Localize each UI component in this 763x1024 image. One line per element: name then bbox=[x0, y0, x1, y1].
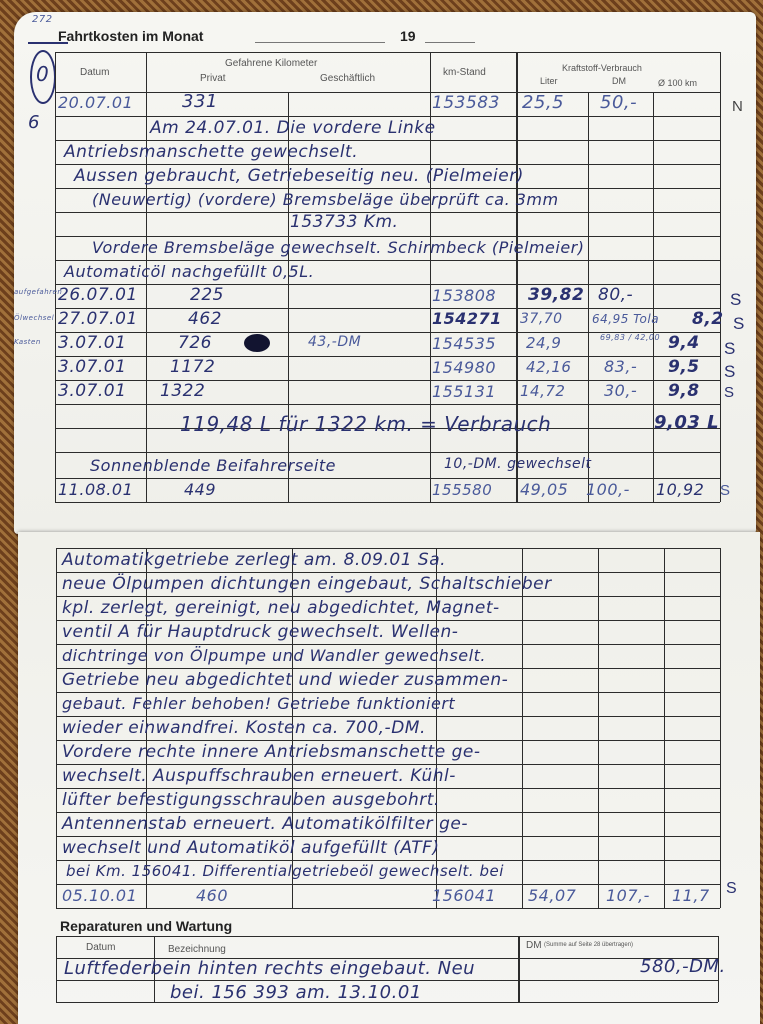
handwritten-cell: 1172 bbox=[170, 357, 215, 377]
col-gefahrene-km: Gefahrene Kilometer bbox=[225, 58, 317, 69]
handwritten-cell: gebaut. Fehler behoben! Getriebe funktio… bbox=[62, 694, 455, 713]
handwritten-cell: 14,72 bbox=[520, 382, 565, 400]
handwritten-cell: 26.07.01 bbox=[58, 285, 138, 305]
grid-line bbox=[516, 52, 517, 53]
handwritten-cell: 154535 bbox=[432, 334, 496, 353]
handwritten-cell: 64,95 Tola bbox=[592, 312, 659, 326]
handwritten-cell: bei Km. 156041. Differentialgetriebeöl g… bbox=[66, 862, 504, 880]
handwritten-cell: wechselt und Automatiköl aufgefüllt (ATF… bbox=[62, 838, 440, 858]
handwritten-cell: kpl. zerlegt, gereinigt, neu abgedichtet… bbox=[62, 598, 500, 618]
fuel-summary-value: 9,03 L bbox=[654, 412, 719, 433]
handwritten-cell: 80,- bbox=[598, 285, 633, 305]
handwritten-cell: 155131 bbox=[432, 382, 496, 401]
handwritten-cell: 3.07.01 bbox=[58, 333, 126, 353]
handwritten-cell: S bbox=[730, 290, 741, 310]
grid-line bbox=[55, 164, 720, 165]
handwritten-cell: 156041 bbox=[432, 886, 496, 905]
note-line: Vordere Bremsbeläge gewechselt. Schirmbe… bbox=[92, 238, 585, 257]
handwritten-cell: 153808 bbox=[432, 286, 496, 305]
handwritten-cell: 225 bbox=[190, 285, 224, 305]
grid-line bbox=[56, 596, 720, 597]
repairs-col-datum: Datum bbox=[86, 942, 115, 953]
grid-line bbox=[56, 644, 720, 645]
handwritten-cell: 154980 bbox=[432, 358, 496, 377]
grid-line bbox=[56, 936, 57, 1002]
col-privat: Privat bbox=[200, 73, 226, 84]
handwritten-cell: 726 bbox=[178, 333, 212, 353]
handwritten-cell: dichtringe von Ölpumpe und Wandler gewec… bbox=[62, 646, 486, 665]
handwritten-cell: wieder einwandfrei. Kosten ca. 700,-DM. bbox=[62, 718, 426, 738]
grid-line bbox=[56, 740, 720, 741]
handwritten-cell: 83,- bbox=[604, 357, 637, 376]
repairs-line: Luftfederbein hinten rechts eingebaut. N… bbox=[64, 958, 475, 979]
handwritten-cell: Automatikgetriebe zerlegt am. 8.09.01 Sa… bbox=[62, 550, 446, 570]
handwritten-cell: 20.07.01 bbox=[58, 93, 133, 112]
handwritten-cell: 69,83 / 42,00 bbox=[600, 333, 660, 342]
handwritten-cell: 155580 bbox=[432, 481, 492, 499]
margin-note-top: 272 bbox=[32, 14, 53, 25]
handwritten-cell: 462 bbox=[188, 309, 222, 329]
note-line: (Neuwertig) (vordere) Bremsbeläge überpr… bbox=[92, 190, 559, 209]
col-datum: Datum bbox=[80, 67, 109, 78]
handwritten-cell: S bbox=[724, 384, 734, 401]
grid-line bbox=[55, 404, 720, 405]
grid-line bbox=[56, 908, 720, 909]
handwritten-cell: 331 bbox=[182, 91, 218, 112]
grid-line bbox=[56, 980, 718, 981]
handwritten-cell: 39,82 bbox=[528, 285, 584, 305]
handwritten-cell: 153583 bbox=[432, 93, 500, 113]
page-title: Fahrtkosten im Monat bbox=[58, 28, 203, 44]
handwritten-cell: S bbox=[720, 482, 730, 499]
handwritten-cell: 42,16 bbox=[526, 358, 571, 376]
handwritten-cell: 100,- bbox=[586, 480, 630, 499]
ink-blot bbox=[244, 334, 270, 352]
grid-line bbox=[598, 548, 599, 908]
grid-line bbox=[56, 788, 720, 789]
handwritten-cell: 107,- bbox=[606, 886, 650, 905]
grid-line bbox=[720, 52, 721, 502]
grid-line bbox=[664, 548, 665, 908]
grid-line bbox=[588, 92, 589, 502]
handwritten-cell: 49,05 bbox=[520, 480, 568, 499]
grid-line bbox=[56, 548, 57, 908]
handwritten-cell: 1322 bbox=[160, 381, 205, 401]
note-sun-visor-cost: 10,-DM. gewechselt bbox=[444, 456, 592, 472]
grid-line bbox=[56, 936, 718, 937]
grid-line bbox=[56, 860, 720, 861]
col-dm: DM bbox=[612, 76, 626, 86]
grid-line bbox=[56, 884, 720, 885]
repairs-line: bei. 156 393 am. 13.10.01 bbox=[170, 982, 422, 1003]
grid-line bbox=[56, 836, 720, 837]
handwritten-cell: neue Ölpumpen dichtungen eingebaut, Scha… bbox=[62, 574, 552, 594]
handwritten-cell: 50,- bbox=[600, 92, 637, 113]
col-geschaeftlich: Geschäftlich bbox=[320, 73, 375, 84]
repairs-col-dm-note: (Summe auf Seite 28 übertragen) bbox=[544, 942, 633, 948]
handwritten-cell: N bbox=[732, 98, 743, 115]
grid-line bbox=[56, 668, 720, 669]
note-sun-visor: Sonnenblende Beifahrerseite bbox=[90, 456, 336, 475]
grid-line bbox=[518, 936, 520, 1002]
month-blank-line bbox=[255, 42, 385, 43]
grid-line bbox=[55, 478, 720, 479]
handwritten-cell: 460 bbox=[196, 886, 228, 905]
repairs-title: Reparaturen und Wartung bbox=[60, 918, 232, 934]
grid-line bbox=[55, 260, 720, 261]
handwritten-cell: 10,92 bbox=[656, 480, 704, 499]
pen-stroke bbox=[28, 42, 68, 44]
year-blank-line bbox=[425, 42, 475, 43]
note-line: Aussen gebraucht, Getriebeseitig neu. (P… bbox=[74, 166, 524, 186]
note-line: Am 24.07.01. Die vordere Linke bbox=[150, 118, 436, 138]
handwritten-cell: Antennenstab erneuert. Automatikölfilter… bbox=[62, 814, 468, 834]
handwritten-cell: Vordere rechte innere Antriebsmanschette… bbox=[62, 742, 480, 762]
handwritten-cell: 11,7 bbox=[672, 886, 710, 905]
grid-line bbox=[56, 764, 720, 765]
handwritten-cell: 449 bbox=[184, 480, 216, 499]
grid-line bbox=[56, 620, 720, 621]
note-line: Antriebsmanschette gewechselt. bbox=[64, 142, 358, 162]
handwritten-cell: S bbox=[724, 339, 735, 359]
handwritten-cell: 43,-DM bbox=[308, 334, 361, 350]
repairs-col-dm: DM bbox=[526, 940, 542, 951]
handwritten-cell: 9,5 bbox=[668, 357, 700, 377]
repairs-col-bezeichnung: Bezeichnung bbox=[168, 944, 226, 955]
circled-mark-text: 0 bbox=[36, 62, 49, 86]
grid-line bbox=[55, 140, 720, 141]
handwritten-cell: 3.07.01 bbox=[58, 357, 126, 377]
col-km-stand: km-Stand bbox=[443, 67, 486, 78]
handwritten-cell: 05.10.01 bbox=[62, 886, 137, 905]
grid-line bbox=[56, 548, 720, 549]
handwritten-cell: wechselt. Auspuffschrauben erneuert. Küh… bbox=[62, 766, 456, 786]
grid-line bbox=[55, 52, 720, 53]
grid-line bbox=[720, 548, 721, 908]
grid-line bbox=[653, 92, 654, 502]
handwritten-cell: S bbox=[724, 362, 735, 382]
handwritten-cell: ventil A für Hauptdruck gewechselt. Well… bbox=[62, 622, 458, 642]
handwritten-cell: Getriebe neu abgedichtet und wieder zusa… bbox=[62, 670, 508, 690]
handwritten-cell: 54,07 bbox=[528, 886, 576, 905]
grid-line bbox=[522, 548, 523, 908]
col-per100: Ø 100 km bbox=[658, 78, 697, 88]
note-line: Automaticöl nachgefüllt 0,5L. bbox=[64, 262, 314, 281]
grid-line bbox=[55, 452, 720, 453]
side-note: Kasten bbox=[14, 338, 41, 346]
handwritten-cell: 37,70 bbox=[520, 311, 563, 327]
grid-line bbox=[56, 716, 720, 717]
grid-line bbox=[55, 116, 720, 117]
grid-line bbox=[55, 188, 720, 189]
handwritten-cell: 25,5 bbox=[522, 92, 564, 113]
handwritten-cell: 27.07.01 bbox=[58, 309, 138, 329]
col-kraftstoff: Kraftstoff-Verbrauch bbox=[562, 63, 642, 73]
handwritten-cell: 9,8 bbox=[668, 381, 700, 401]
grid-line bbox=[56, 692, 720, 693]
handwritten-cell: 8,2 bbox=[692, 309, 724, 329]
left-mark: 6 bbox=[28, 112, 40, 133]
handwritten-cell: 11.08.01 bbox=[58, 480, 133, 499]
fuel-summary: 119,48 L für 1322 km. = Verbrauch bbox=[180, 412, 551, 436]
grid-line bbox=[55, 52, 56, 502]
handwritten-cell: 30,- bbox=[604, 381, 637, 400]
side-note: Ölwechsel bbox=[14, 314, 54, 322]
grid-line bbox=[55, 502, 720, 503]
handwritten-cell: 3.07.01 bbox=[58, 381, 126, 401]
handwritten-cell: 154271 bbox=[432, 309, 502, 328]
note-line: 153733 Km. bbox=[290, 212, 398, 232]
grid-line bbox=[55, 308, 720, 309]
handwritten-cell: 9,4 bbox=[668, 333, 700, 353]
grid-line bbox=[56, 572, 720, 573]
grid-line bbox=[55, 236, 720, 237]
handwritten-cell: 24,9 bbox=[526, 334, 561, 352]
grid-line bbox=[56, 812, 720, 813]
repairs-cost: 580,-DM. bbox=[640, 956, 726, 977]
year-label: 19 bbox=[400, 28, 416, 44]
col-liter: Liter bbox=[540, 76, 558, 86]
side-note: aufgefahren bbox=[14, 288, 62, 296]
handwritten-cell: lüfter befestigungsschrauben ausgebohrt. bbox=[62, 790, 440, 810]
handwritten-cell: S bbox=[733, 314, 744, 334]
handwritten-cell: S bbox=[726, 880, 737, 898]
